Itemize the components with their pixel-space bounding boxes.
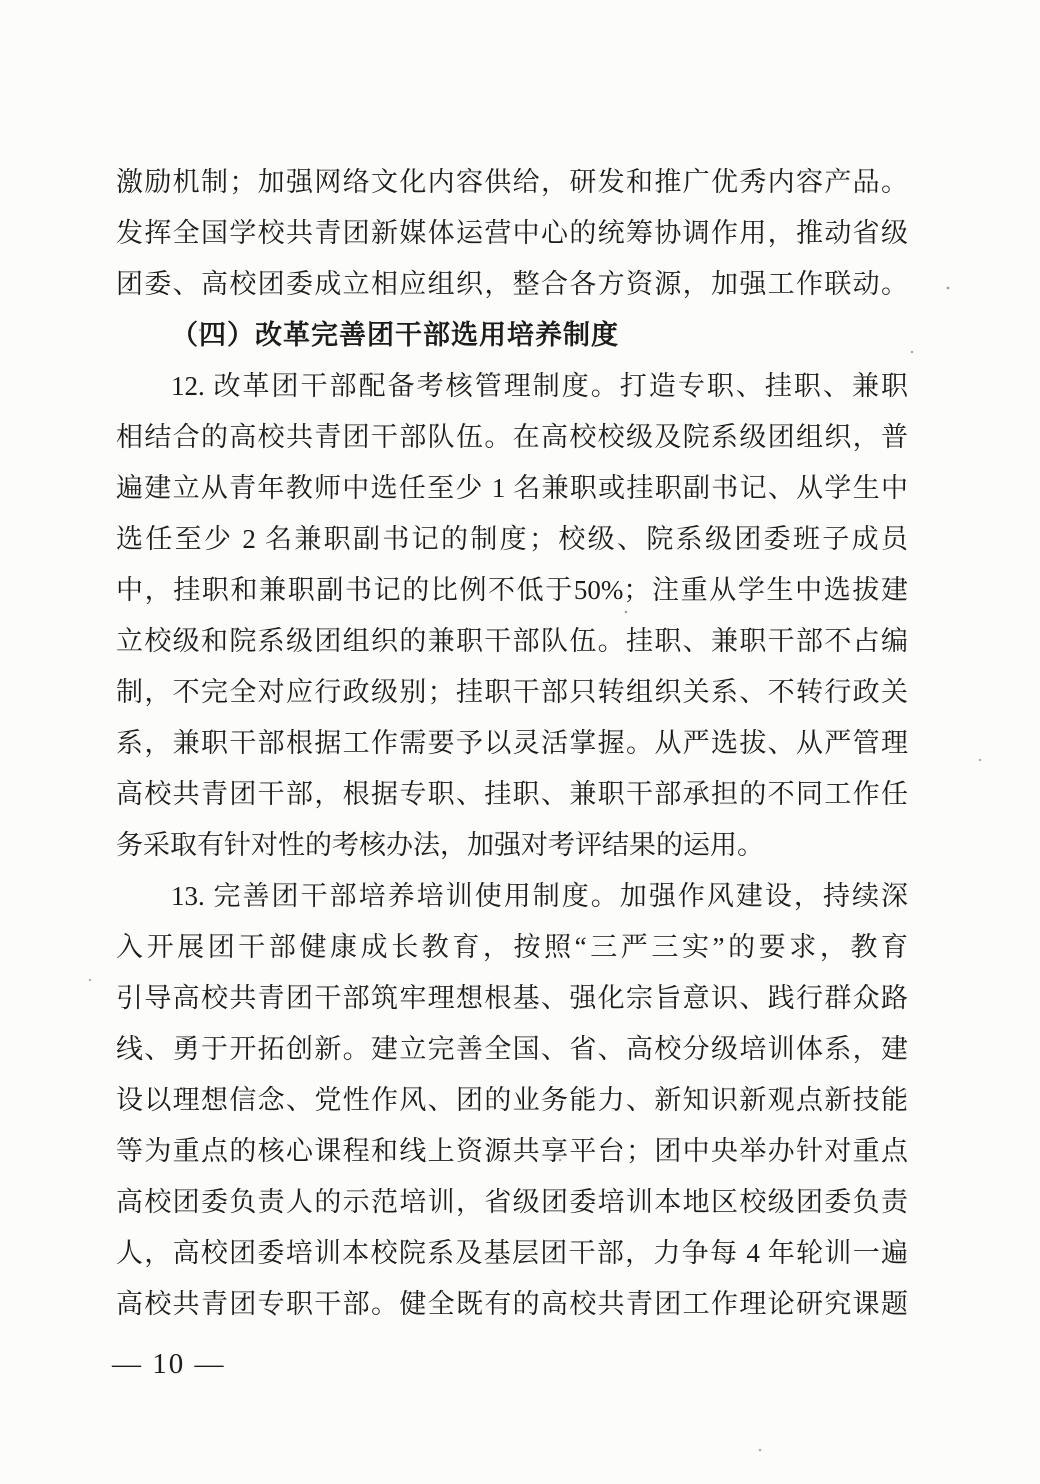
text-line: 选任至少 2 名兼职副书记的制度；校级、院系级团委班子成员 xyxy=(116,514,908,565)
paragraph-first-line: 13. 完善团干部培养培训使用制度。加强作风建设，持续深 xyxy=(116,871,908,922)
text-line: 激励机制；加强网络文化内容供给，研发和推广优秀内容产品。 xyxy=(116,157,908,208)
text-line: 人，高校团委培训本校院系及基层团干部，力争每 4 年轮训一遍 xyxy=(116,1228,908,1279)
paragraph-first-line: 12. 改革团干部配备考核管理制度。打造专职、挂职、兼职 xyxy=(116,361,908,412)
text-line: 入开展团干部健康成长教育，按照“三严三实”的要求，教育 xyxy=(116,922,908,973)
page-number: — 10 — xyxy=(112,1344,226,1384)
text-line: 制，不完全对应行政级别；挂职干部只转组织关系、不转行政关 xyxy=(116,667,908,718)
document-page: 激励机制；加强网络文化内容供给，研发和推广优秀内容产品。 发挥全国学校共青团新媒… xyxy=(0,0,1040,1484)
section-heading: （四）改革完善团干部选用培养制度 xyxy=(116,310,908,361)
text-line: 设以理想信念、党性作风、团的业务能力、新知识新观点新技能 xyxy=(116,1075,908,1126)
text-line: 线、勇于开拓创新。建立完善全国、省、高校分级培训体系，建 xyxy=(116,1024,908,1075)
text-line: 高校共青团干部，根据专职、挂职、兼职干部承担的不同工作任 xyxy=(116,769,908,820)
text-line: 等为重点的核心课程和线上资源共享平台；团中央举办针对重点 xyxy=(116,1126,908,1177)
text-line: 立校级和院系级团组织的兼职干部队伍。挂职、兼职干部不占编 xyxy=(116,616,908,667)
text-line: 高校团委负责人的示范培训，省级团委培训本地区校级团委负责 xyxy=(116,1177,908,1228)
text-line: 中，挂职和兼职副书记的比例不低于50%；注重从学生中选拔建 xyxy=(116,565,908,616)
text-line: 团委、高校团委成立相应组织，整合各方资源，加强工作联动。 xyxy=(116,259,908,310)
document-text-block: 激励机制；加强网络文化内容供给，研发和推广优秀内容产品。 发挥全国学校共青团新媒… xyxy=(116,157,908,1330)
text-line: 相结合的高校共青团干部队伍。在高校校级及院系级团组织，普 xyxy=(116,412,908,463)
paragraph-last-line: 务采取有针对性的考核办法，加强对考评结果的运用。 xyxy=(116,820,908,871)
text-line: 高校共青团专职干部。健全既有的高校共青团工作理论研究课题 xyxy=(116,1279,908,1330)
text-line: 引导高校共青团干部筑牢理想根基、强化宗旨意识、践行群众路 xyxy=(116,973,908,1024)
text-line: 遍建立从青年教师中选任至少 1 名兼职或挂职副书记、从学生中 xyxy=(116,463,908,514)
text-line: 发挥全国学校共青团新媒体运营中心的统筹协调作用，推动省级 xyxy=(116,208,908,259)
text-line: 系，兼职干部根据工作需要予以灵活掌握。从严选拔、从严管理 xyxy=(116,718,908,769)
